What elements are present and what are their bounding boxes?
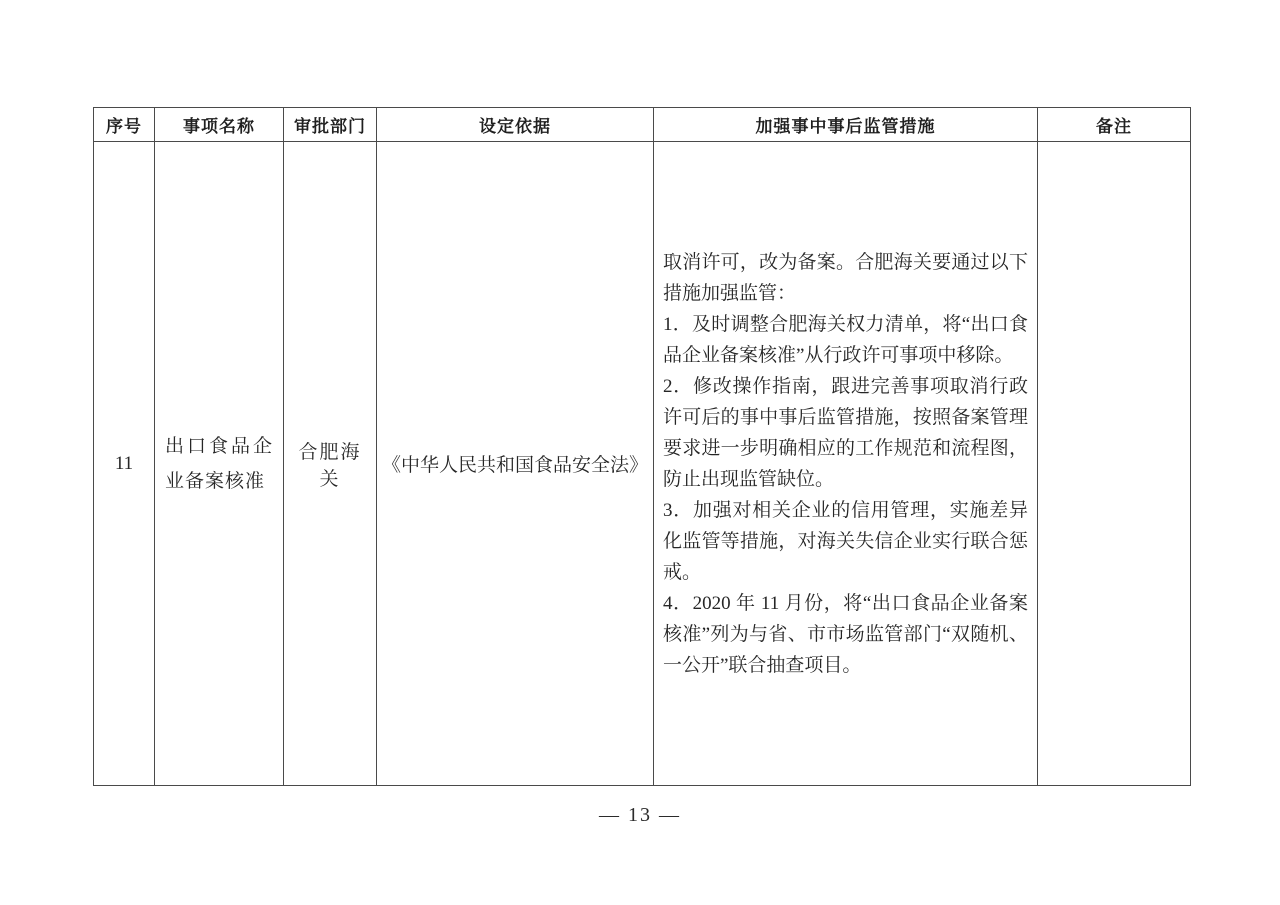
cell-item-name: 出口食品企业备案核准 — [155, 142, 284, 786]
cell-setting-basis: 《中华人民共和国食品安全法》 — [377, 142, 654, 786]
document-page: 序号 事项名称 审批部门 设定依据 加强事中事后监管措施 备注 11 出口食品企… — [0, 0, 1280, 905]
measures-paragraph-3: 3．加强对相关企业的信用管理，实施差异化监管等措施，对海关失信企业实行联合惩戒。 — [663, 495, 1028, 588]
header-seq: 序号 — [94, 108, 155, 142]
measures-paragraph-1: 1．及时调整合肥海关权力清单，将“出口食品企业备案核准”从行政许可事项中移除。 — [663, 309, 1028, 371]
header-measures: 加强事中事后监管措施 — [654, 108, 1038, 142]
cell-seq-number: 11 — [94, 142, 155, 786]
header-basis: 设定依据 — [377, 108, 654, 142]
measures-paragraph-intro: 取消许可，改为备案。合肥海关要通过以下措施加强监管： — [663, 247, 1028, 309]
supervision-measures-table: 序号 事项名称 审批部门 设定依据 加强事中事后监管措施 备注 11 出口食品企… — [93, 107, 1191, 786]
cell-approval-dept: 合肥海关 — [284, 142, 377, 786]
page-number: — 13 — — [0, 804, 1280, 827]
table-row: 11 出口食品企业备案核准 合肥海关 《中华人民共和国食品安全法》 取消许可，改… — [94, 142, 1191, 786]
table-header-row: 序号 事项名称 审批部门 设定依据 加强事中事后监管措施 备注 — [94, 108, 1191, 142]
measures-paragraph-2: 2．修改操作指南，跟进完善事项取消行政许可后的事中事后监管措施，按照备案管理要求… — [663, 371, 1028, 495]
measures-paragraph-4: 4．2020 年 11 月份，将“出口食品企业备案核准”列为与省、市市场监管部门… — [663, 588, 1028, 681]
header-remark: 备注 — [1038, 108, 1191, 142]
header-approval-dept: 审批部门 — [284, 108, 377, 142]
cell-supervision-measures: 取消许可，改为备案。合肥海关要通过以下措施加强监管： 1．及时调整合肥海关权力清… — [654, 142, 1038, 786]
cell-remark — [1038, 142, 1191, 786]
header-item-name: 事项名称 — [155, 108, 284, 142]
